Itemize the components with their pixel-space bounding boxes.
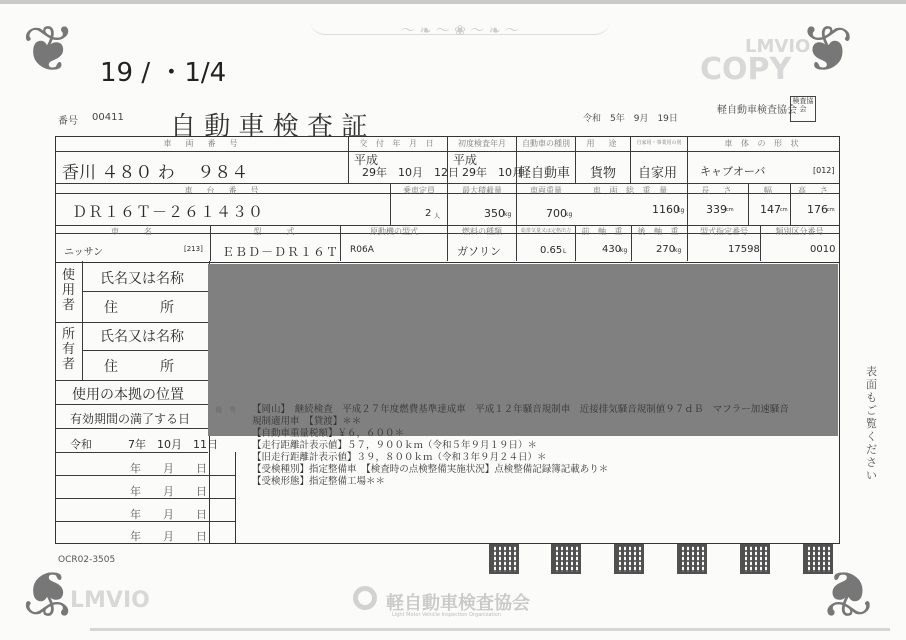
watermark-copy: COPY xyxy=(700,52,791,87)
vehicle-weight: 700 xyxy=(546,207,567,220)
footer-org-english: Light Motor Vehicle Inspection Organizat… xyxy=(392,612,501,618)
issuer-seal: 検査協会 xyxy=(790,96,816,122)
issue-date: 29年 10月 12日 xyxy=(362,164,459,180)
blank-date-2: 年 月 日 xyxy=(130,483,207,499)
header-fuel: 燃料の種類 xyxy=(448,226,516,237)
car-name: ニッサン xyxy=(64,243,103,258)
displacement: 0.65 xyxy=(540,245,562,256)
remarks-text: 【岡山】 継続検査 平成２７年度燃費基準達成車 平成１２年騒音規制車 近接排気騒… xyxy=(252,404,789,488)
header-private-business: 自家用・事業用の別 xyxy=(631,139,687,146)
expiry-date: 7年 10月 11日 xyxy=(128,436,218,452)
remarks-line: 【岡山】 継続検査 平成２７年度燃費基準達成車 平成１２年騒音規制車 近接排気騒… xyxy=(252,404,789,416)
top-flourish-icon: 〜 ❧ ～ ❀ ～ ❧ 〜 xyxy=(310,20,610,35)
header-body-shape: 車 体 の 形 状 xyxy=(688,138,838,149)
form-code: OCR02-3505 xyxy=(58,555,115,565)
remarks-line: 【自動車重量税額】￥６，６００＊ xyxy=(252,428,789,440)
qr-code-icon xyxy=(803,544,833,574)
header-vehicle-weight: 車両重量 xyxy=(517,185,575,196)
owner-label: 所有者 xyxy=(62,327,76,372)
rear-axle-weight: 270 xyxy=(656,244,675,255)
user-name-label: 氏名又は名称 xyxy=(100,268,184,288)
header-capacity: 乗車定員 xyxy=(391,185,447,196)
org-logo-icon xyxy=(353,586,377,610)
vehicle-type: 軽自動車 xyxy=(518,162,570,181)
expiry-label: 有効期間の満了する日 xyxy=(70,410,190,427)
watermark-lmvio-bottom: LMVIO xyxy=(70,588,150,613)
gross-weight: 1160 xyxy=(652,203,680,216)
fuel: ガソリン xyxy=(457,243,501,259)
header-width: 幅 xyxy=(749,185,790,196)
header-usage: 用 途 xyxy=(576,138,630,149)
max-load: 350 xyxy=(484,207,505,220)
remarks-line: 【受検形態】指定整備工場＊＊ xyxy=(252,476,789,488)
body-shape-code: [012] xyxy=(813,166,835,175)
model: ＥＢＤ－ＤＲ１６Ｔ xyxy=(222,243,339,260)
remarks-line: 【受検種別】指定整備車 【検査時の点検整備実施状況】点検整備記録簿記載あり＊ xyxy=(252,464,789,476)
height-unit: cm xyxy=(827,207,835,213)
remarks-line: 規制適用車 【貸渡】＊＊ xyxy=(252,416,789,428)
length-unit: cm xyxy=(726,207,734,213)
header-model: 型 式 xyxy=(211,226,340,237)
rear-axle-unit: kg xyxy=(674,247,681,254)
displacement-unit: L xyxy=(563,248,566,255)
header-front-axle: 前 軸 重 xyxy=(576,226,631,237)
scan-edge-bottom xyxy=(90,628,890,631)
qr-code-icon xyxy=(489,544,519,574)
length: 339 xyxy=(706,203,727,216)
header-vehicle-type: 自動車の種別 xyxy=(517,138,575,149)
scan-edge-top xyxy=(0,0,906,4)
blank-date-4: 年 月 日 xyxy=(130,528,207,544)
user-label: 使用者 xyxy=(62,268,76,313)
width: 147 xyxy=(760,203,781,216)
corner-ornament-bottom-left-icon: ❦ xyxy=(22,560,76,624)
engine-model: R06A xyxy=(350,245,374,255)
header-length: 長 さ xyxy=(688,185,748,196)
body-shape: キャブオーバ xyxy=(700,163,765,179)
header-issue-date: 交 付 年 月 日 xyxy=(349,138,447,149)
blank-date-1: 年 月 日 xyxy=(130,460,207,476)
header-first-registration: 初度検査年月 xyxy=(448,138,516,149)
base-location-label: 使用の本拠の位置 xyxy=(72,384,184,404)
header-height: 高 さ xyxy=(791,185,838,196)
blank-date-3: 年 月 日 xyxy=(130,506,207,522)
owner-name-label: 氏名又は名称 xyxy=(100,326,184,346)
issue-date-top: 令和 5年 9月 19日 xyxy=(583,111,678,124)
header-rear-axle: 後 軸 重 xyxy=(632,226,687,237)
expiry-era: 令和 xyxy=(70,436,92,452)
width-unit: cm xyxy=(780,207,788,213)
max-load-unit: kg xyxy=(504,211,511,218)
header-max-load: 最大積載量 xyxy=(448,185,516,196)
front-axle-weight: 430 xyxy=(602,244,621,255)
header-car-name: 車 名 xyxy=(56,226,210,237)
side-note: 表面もご覧ください xyxy=(866,365,880,482)
qr-code-icon xyxy=(740,544,770,574)
header-gross-weight: 車 両 総 重 量 xyxy=(576,185,687,196)
plate-number: 香川 ４８０ わ ９８４ xyxy=(62,158,248,183)
remarks-line: 【走行距離計表示値】５７，９００ｋｍ（令和５年９月１９日）＊ xyxy=(252,440,789,452)
number-label: 番号 xyxy=(58,112,78,127)
remarks-line: 【旧走行距離計表示値】３９，８００ｋｍ（令和３年９月２４日）＊ xyxy=(252,452,789,464)
front-axle-unit: kg xyxy=(620,247,627,254)
number-value: 00411 xyxy=(92,112,124,123)
capacity: 2 xyxy=(425,208,431,219)
header-type-designation: 型式指定番号 xyxy=(688,226,760,237)
chassis-number: ＤＲ１６Ｔ－２６１４３０ xyxy=(72,201,264,222)
private-business: 自家用 xyxy=(638,162,677,181)
qr-code-icon xyxy=(614,544,644,574)
handwritten-note: 19 / ・1/4 xyxy=(100,52,226,89)
car-name-code: [213] xyxy=(184,245,203,253)
header-displacement: 総排気量又は定格出力 xyxy=(517,227,575,234)
usage: 貨物 xyxy=(590,162,616,181)
type-designation-number: 17598 xyxy=(728,244,760,255)
height: 176 xyxy=(807,203,828,216)
header-engine-model: 原動機の型式 xyxy=(341,226,447,237)
vehicle-weight-unit: kg xyxy=(565,211,572,218)
inspection-certificate: ❦ ❦ ❦ ❦ 〜 ❧ ～ ❀ ～ ❧ 〜 LMVIO COPY LMVIO 1… xyxy=(0,0,906,640)
header-category-number: 類別区分番号 xyxy=(761,226,838,237)
header-plate: 車 両 番 号 xyxy=(56,138,348,149)
remarks-label: 備 考 xyxy=(215,405,236,415)
qr-code-icon xyxy=(677,544,707,574)
corner-ornament-top-left-icon: ❦ xyxy=(22,18,76,82)
user-address-label: 住 所 xyxy=(104,297,174,317)
qr-code-icon xyxy=(551,544,581,574)
header-chassis: 車 台 番 号 xyxy=(56,185,390,196)
capacity-unit: 人 xyxy=(434,211,440,220)
category-number: 0010 xyxy=(810,244,835,255)
gross-weight-unit: kg xyxy=(677,207,684,214)
first-registration: 29年 10月 xyxy=(462,164,523,180)
owner-address-label: 住 所 xyxy=(104,356,174,376)
issuer-name: 軽自動車検査協会 xyxy=(717,101,797,116)
